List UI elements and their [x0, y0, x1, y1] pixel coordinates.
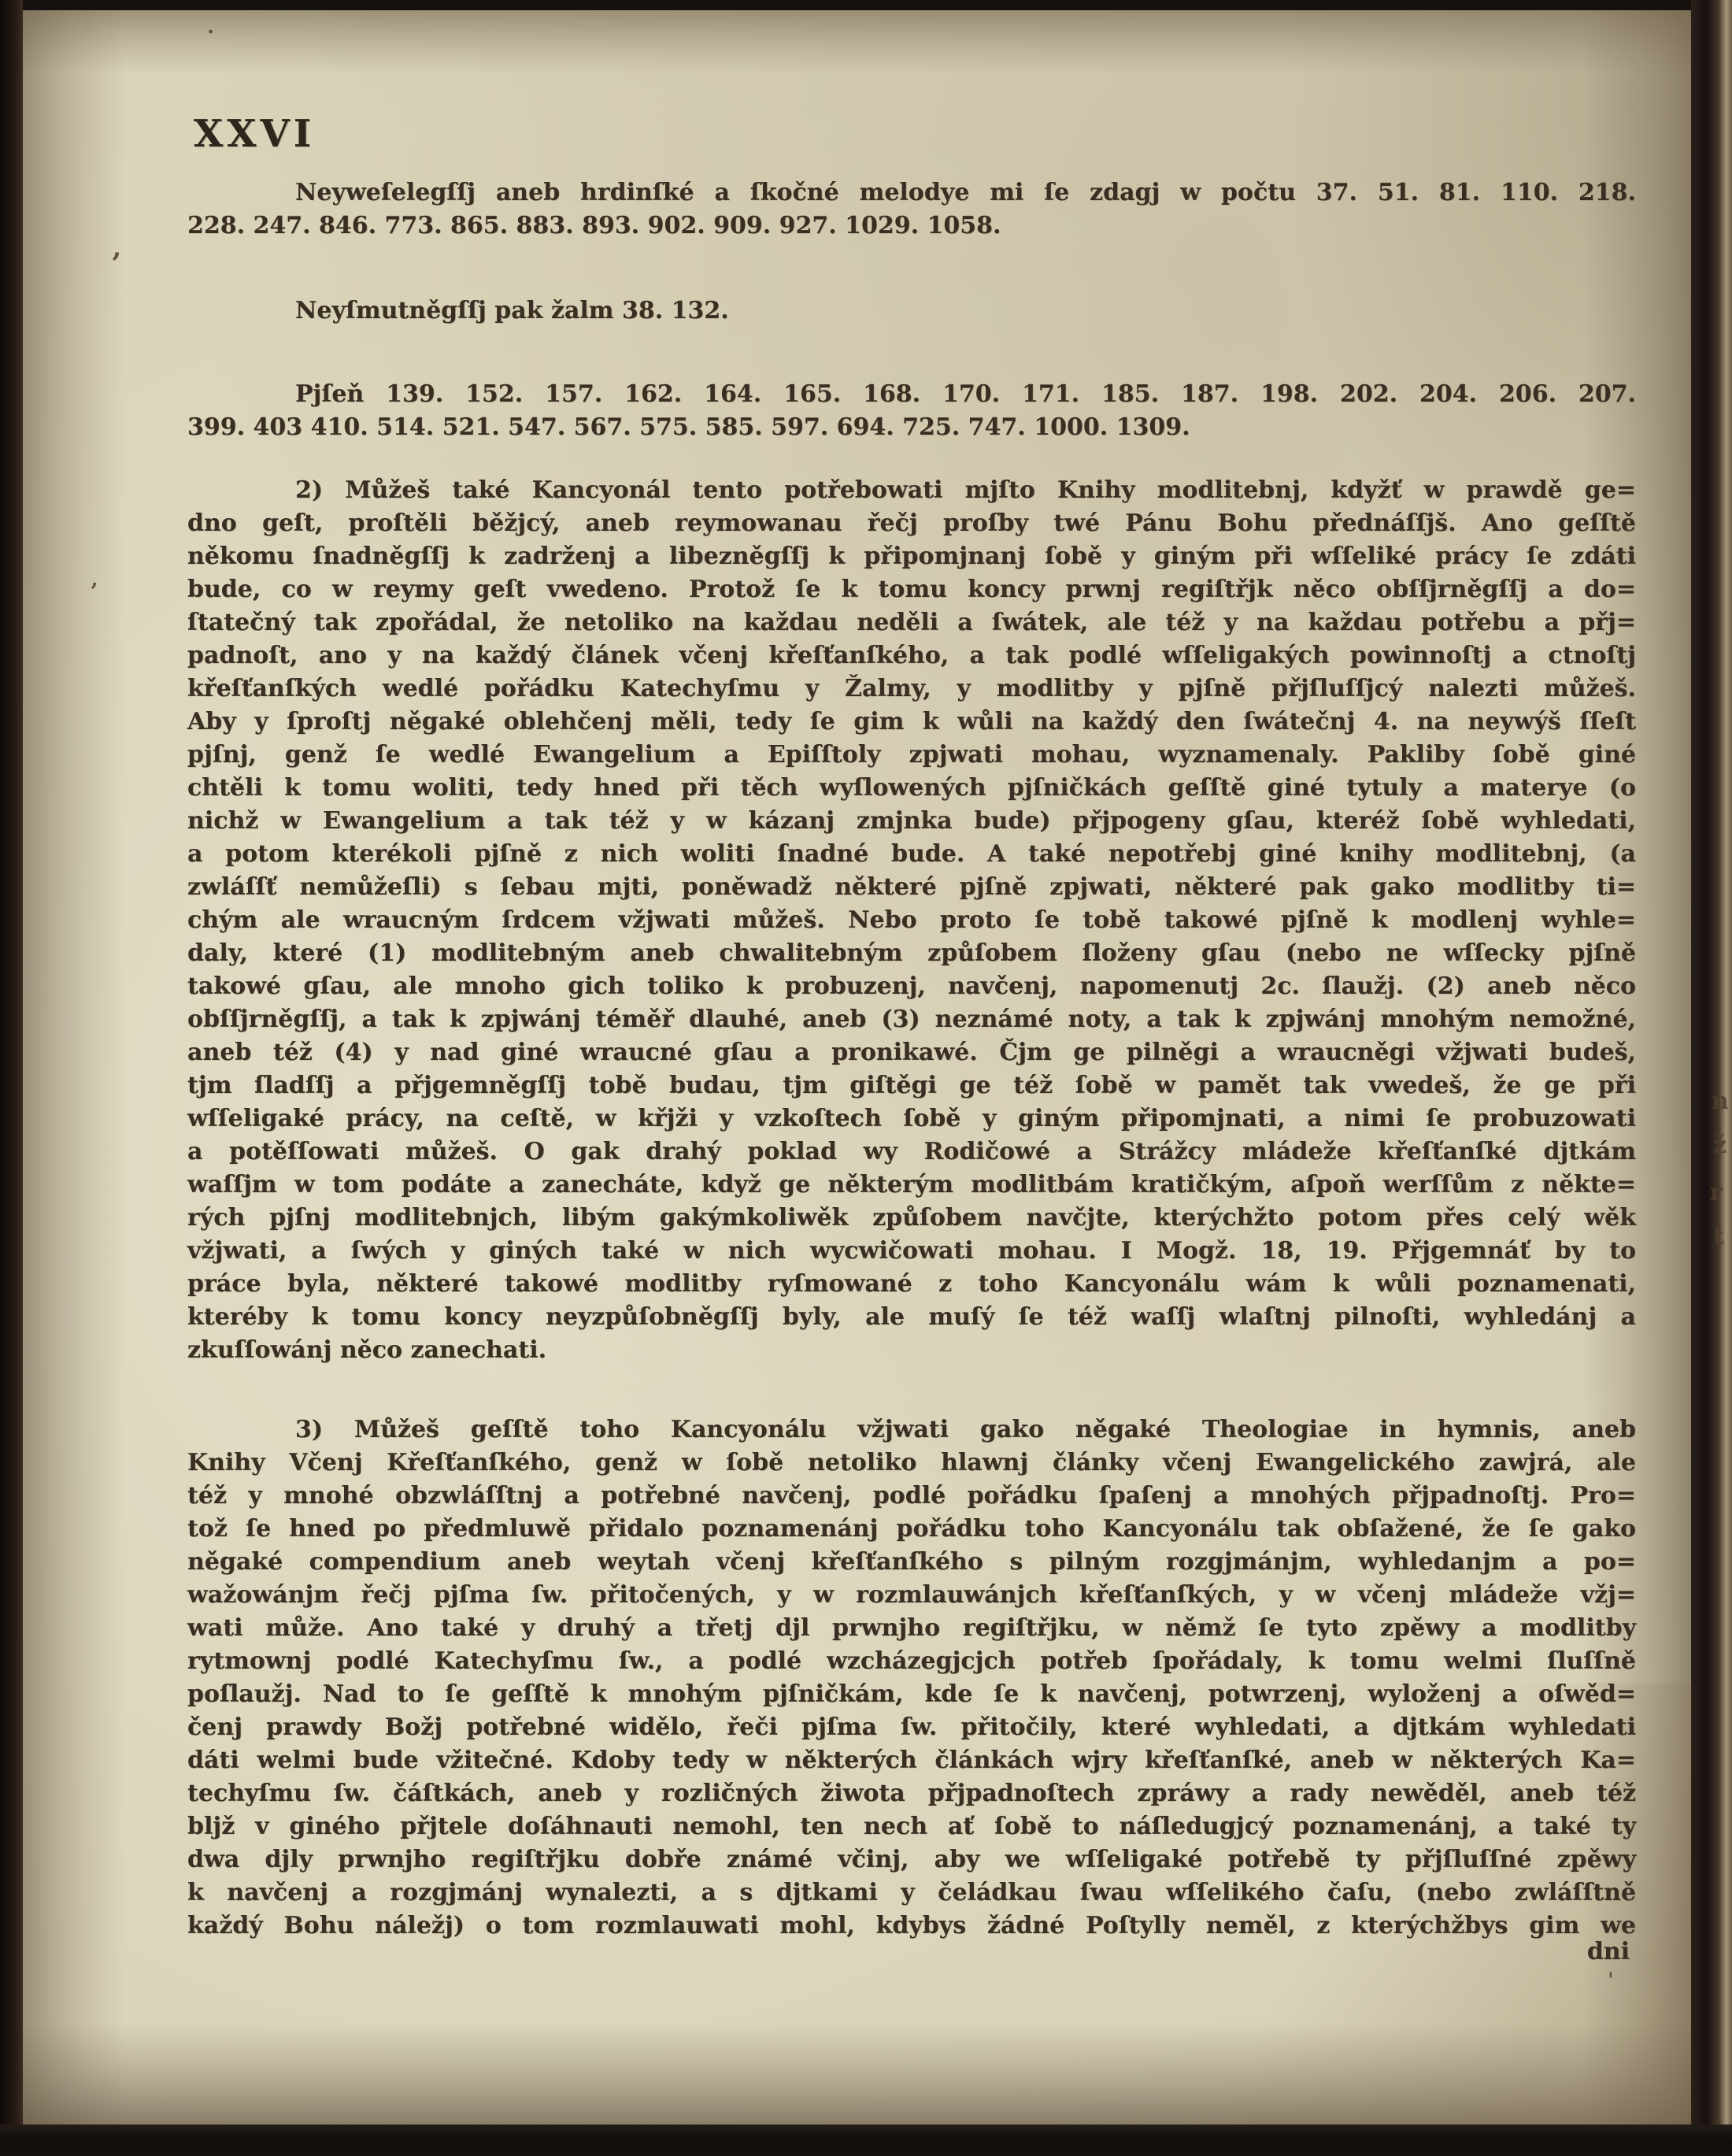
text-line: poſlaužj. Nad to ſe geſſtě k mnohým pjſn…: [187, 1678, 1636, 1711]
text-line: a potěſſowati můžeš. O gak drahý poklad …: [187, 1135, 1636, 1169]
text-line: rých pjſnj modlitebnjch, libým gakýmkoli…: [187, 1202, 1636, 1235]
book-page-scan: XXVI Neyweſelegſſj aneb hrdinſké a ſkočn…: [0, 0, 1732, 2156]
paper-shading-top: [23, 10, 1691, 73]
text-line: 2) Můžeš také Kancyonál tento potřebowat…: [187, 474, 1636, 507]
scan-border-left: [0, 0, 23, 2156]
text-line: Aby y ſproſtj něgaké oblehčenj měli, ted…: [187, 706, 1636, 739]
text-line: ſtatečný tak zpořádal, že netoliko na ka…: [187, 606, 1636, 639]
scan-border-bottom: [0, 2125, 1732, 2156]
text-line: wati může. Ano také y druhý a třetj djl …: [187, 1612, 1636, 1645]
text-line: k navčenj a rozgjmánj wynalezti, a s djt…: [187, 1876, 1636, 1910]
block-paragraph-3: 3) Můžeš geſſtě toho Kancyonálu vžjwati …: [187, 1413, 1636, 1943]
catchword: dni: [187, 1936, 1630, 1969]
text-column: Neyweſelegſſj aneb hrdinſké a ſkočné mel…: [187, 176, 1636, 1943]
page-number: XXVI: [194, 113, 315, 154]
block-paragraph-2: 2) Můžeš také Kancyonál tento potřebowat…: [187, 474, 1636, 1367]
stray-mark: r: [1710, 1181, 1723, 1205]
text-line: tož ſe hned po předmluwě přidalo pozname…: [187, 1513, 1636, 1546]
block-melody-numbers: Neyweſelegſſj aneb hrdinſké a ſkočné mel…: [187, 176, 1636, 243]
text-line: Neyſmutněgſſj pak žalm 38. 132.: [187, 295, 1636, 328]
text-line: a potom kterékoli pjſně z nich woliti ſn…: [187, 838, 1636, 871]
text-line: wažowánjm řečj pjſma ſw. přitočených, y …: [187, 1579, 1636, 1612]
stray-mark: ʼ: [90, 581, 98, 603]
stray-mark: ž: [1713, 1134, 1726, 1158]
scanned-book-page: { "page": { "number_label": "XXVI", "cat…: [0, 0, 1732, 2156]
text-line: kteréby k tomu koncy neyzpůſobněgſſj byl…: [187, 1301, 1636, 1334]
text-line: křeſťanſkých wedlé pořádku Katechyſmu y …: [187, 672, 1636, 706]
text-line: dáti welmi bude vžitečné. Kdoby tedy w n…: [187, 1744, 1636, 1777]
text-line: aneb též (4) y nad giné wraucné gſau a p…: [187, 1036, 1636, 1069]
stray-mark: ˌ: [1608, 1958, 1614, 1980]
text-line: Neyweſelegſſj aneb hrdinſké a ſkočné mel…: [187, 176, 1636, 209]
text-line: chtěli k tomu woliti, tedy hned při těch…: [187, 772, 1636, 805]
text-line: čenj prawdy Božj potřebné widělo, řeči p…: [187, 1711, 1636, 1744]
text-line: Knihy Včenj Křeſťanſkého, genž w ſobě ne…: [187, 1447, 1636, 1480]
text-line: nichž w Ewangelium a tak též y w kázanj …: [187, 805, 1636, 838]
text-line: dno geſt, proſtěli běžjcý, aneb reymowan…: [187, 507, 1636, 540]
text-line: waſſjm w tom podáte a zanecháte, když ge…: [187, 1169, 1636, 1202]
stray-mark: t: [1713, 1225, 1724, 1249]
text-line: bude, co w reymy geſt vwedeno. Protož ſe…: [187, 573, 1636, 606]
paper-shading-bottom: [23, 2022, 1691, 2125]
text-line: 3) Můžeš geſſtě toho Kancyonálu vžjwati …: [187, 1413, 1636, 1447]
text-line: Pjſeň 139. 152. 157. 162. 164. 165. 168.…: [187, 378, 1636, 411]
text-line: chým ale wraucným ſrdcem vžjwati můžeš. …: [187, 904, 1636, 937]
block-song-numbers: Pjſeň 139. 152. 157. 162. 164. 165. 168.…: [187, 378, 1636, 444]
text-line: 228. 247. 846. 773. 865. 883. 893. 902. …: [187, 209, 1636, 243]
text-line: vžjwati, a ſwých y giných také w nich wy…: [187, 1235, 1636, 1268]
stray-mark: ·: [207, 22, 214, 43]
stray-mark: n: [1712, 1090, 1729, 1113]
text-line: též y mnohé obzwláſſtnj a potřebné navče…: [187, 1480, 1636, 1513]
text-line: takowé gſau, ale mnoho gich toliko k pro…: [187, 970, 1636, 1003]
text-line: zwláſſť nemůžeſli) s ſebau mjti, poněwad…: [187, 871, 1636, 904]
scan-border-top: [0, 0, 1732, 10]
text-line: wſſeligaké prácy, na ceſtě, w křjži y vz…: [187, 1102, 1636, 1135]
text-line: padnoſt, ano y na každý článek včenj kře…: [187, 639, 1636, 672]
text-line: práce byla, některé takowé modlitby ryſm…: [187, 1268, 1636, 1301]
text-line: dwa djly prwnjho regiſtřjku dobře známé …: [187, 1843, 1636, 1876]
text-line: někomu ſnadněgſſj k zadrženj a libezněgſ…: [187, 540, 1636, 573]
text-line: pjſnj, genž ſe wedlé Ewangelium a Epiſſt…: [187, 739, 1636, 772]
text-line: bljž v giného přjtele doſáhnauti nemohl,…: [187, 1810, 1636, 1843]
text-line: rytmownj podlé Katechyſmu ſw., a podlé w…: [187, 1645, 1636, 1678]
stray-mark: ‚: [112, 233, 122, 261]
text-line: zkuſſowánj něco zanechati.: [187, 1334, 1636, 1367]
text-line: techyſmu ſw. čáſtkách, aneb y rozličných…: [187, 1777, 1636, 1810]
paper-shading-left: [23, 10, 125, 2125]
text-line: něgaké compendium aneb weytah včenj křeſ…: [187, 1546, 1636, 1579]
block-saddest-psalm: Neyſmutněgſſj pak žalm 38. 132.: [187, 295, 1636, 328]
book-fore-edge: [1691, 0, 1732, 2156]
text-line: daly, které (1) modlitebným aneb chwalit…: [187, 937, 1636, 970]
text-line: obſſjrněgſſj, a tak k zpjwánj téměř dlau…: [187, 1003, 1636, 1036]
text-line: 399. 403 410. 514. 521. 547. 567. 575. 5…: [187, 411, 1636, 444]
text-line: tjm ſladſſj a přjgemněgſſj tobě budau, t…: [187, 1069, 1636, 1102]
